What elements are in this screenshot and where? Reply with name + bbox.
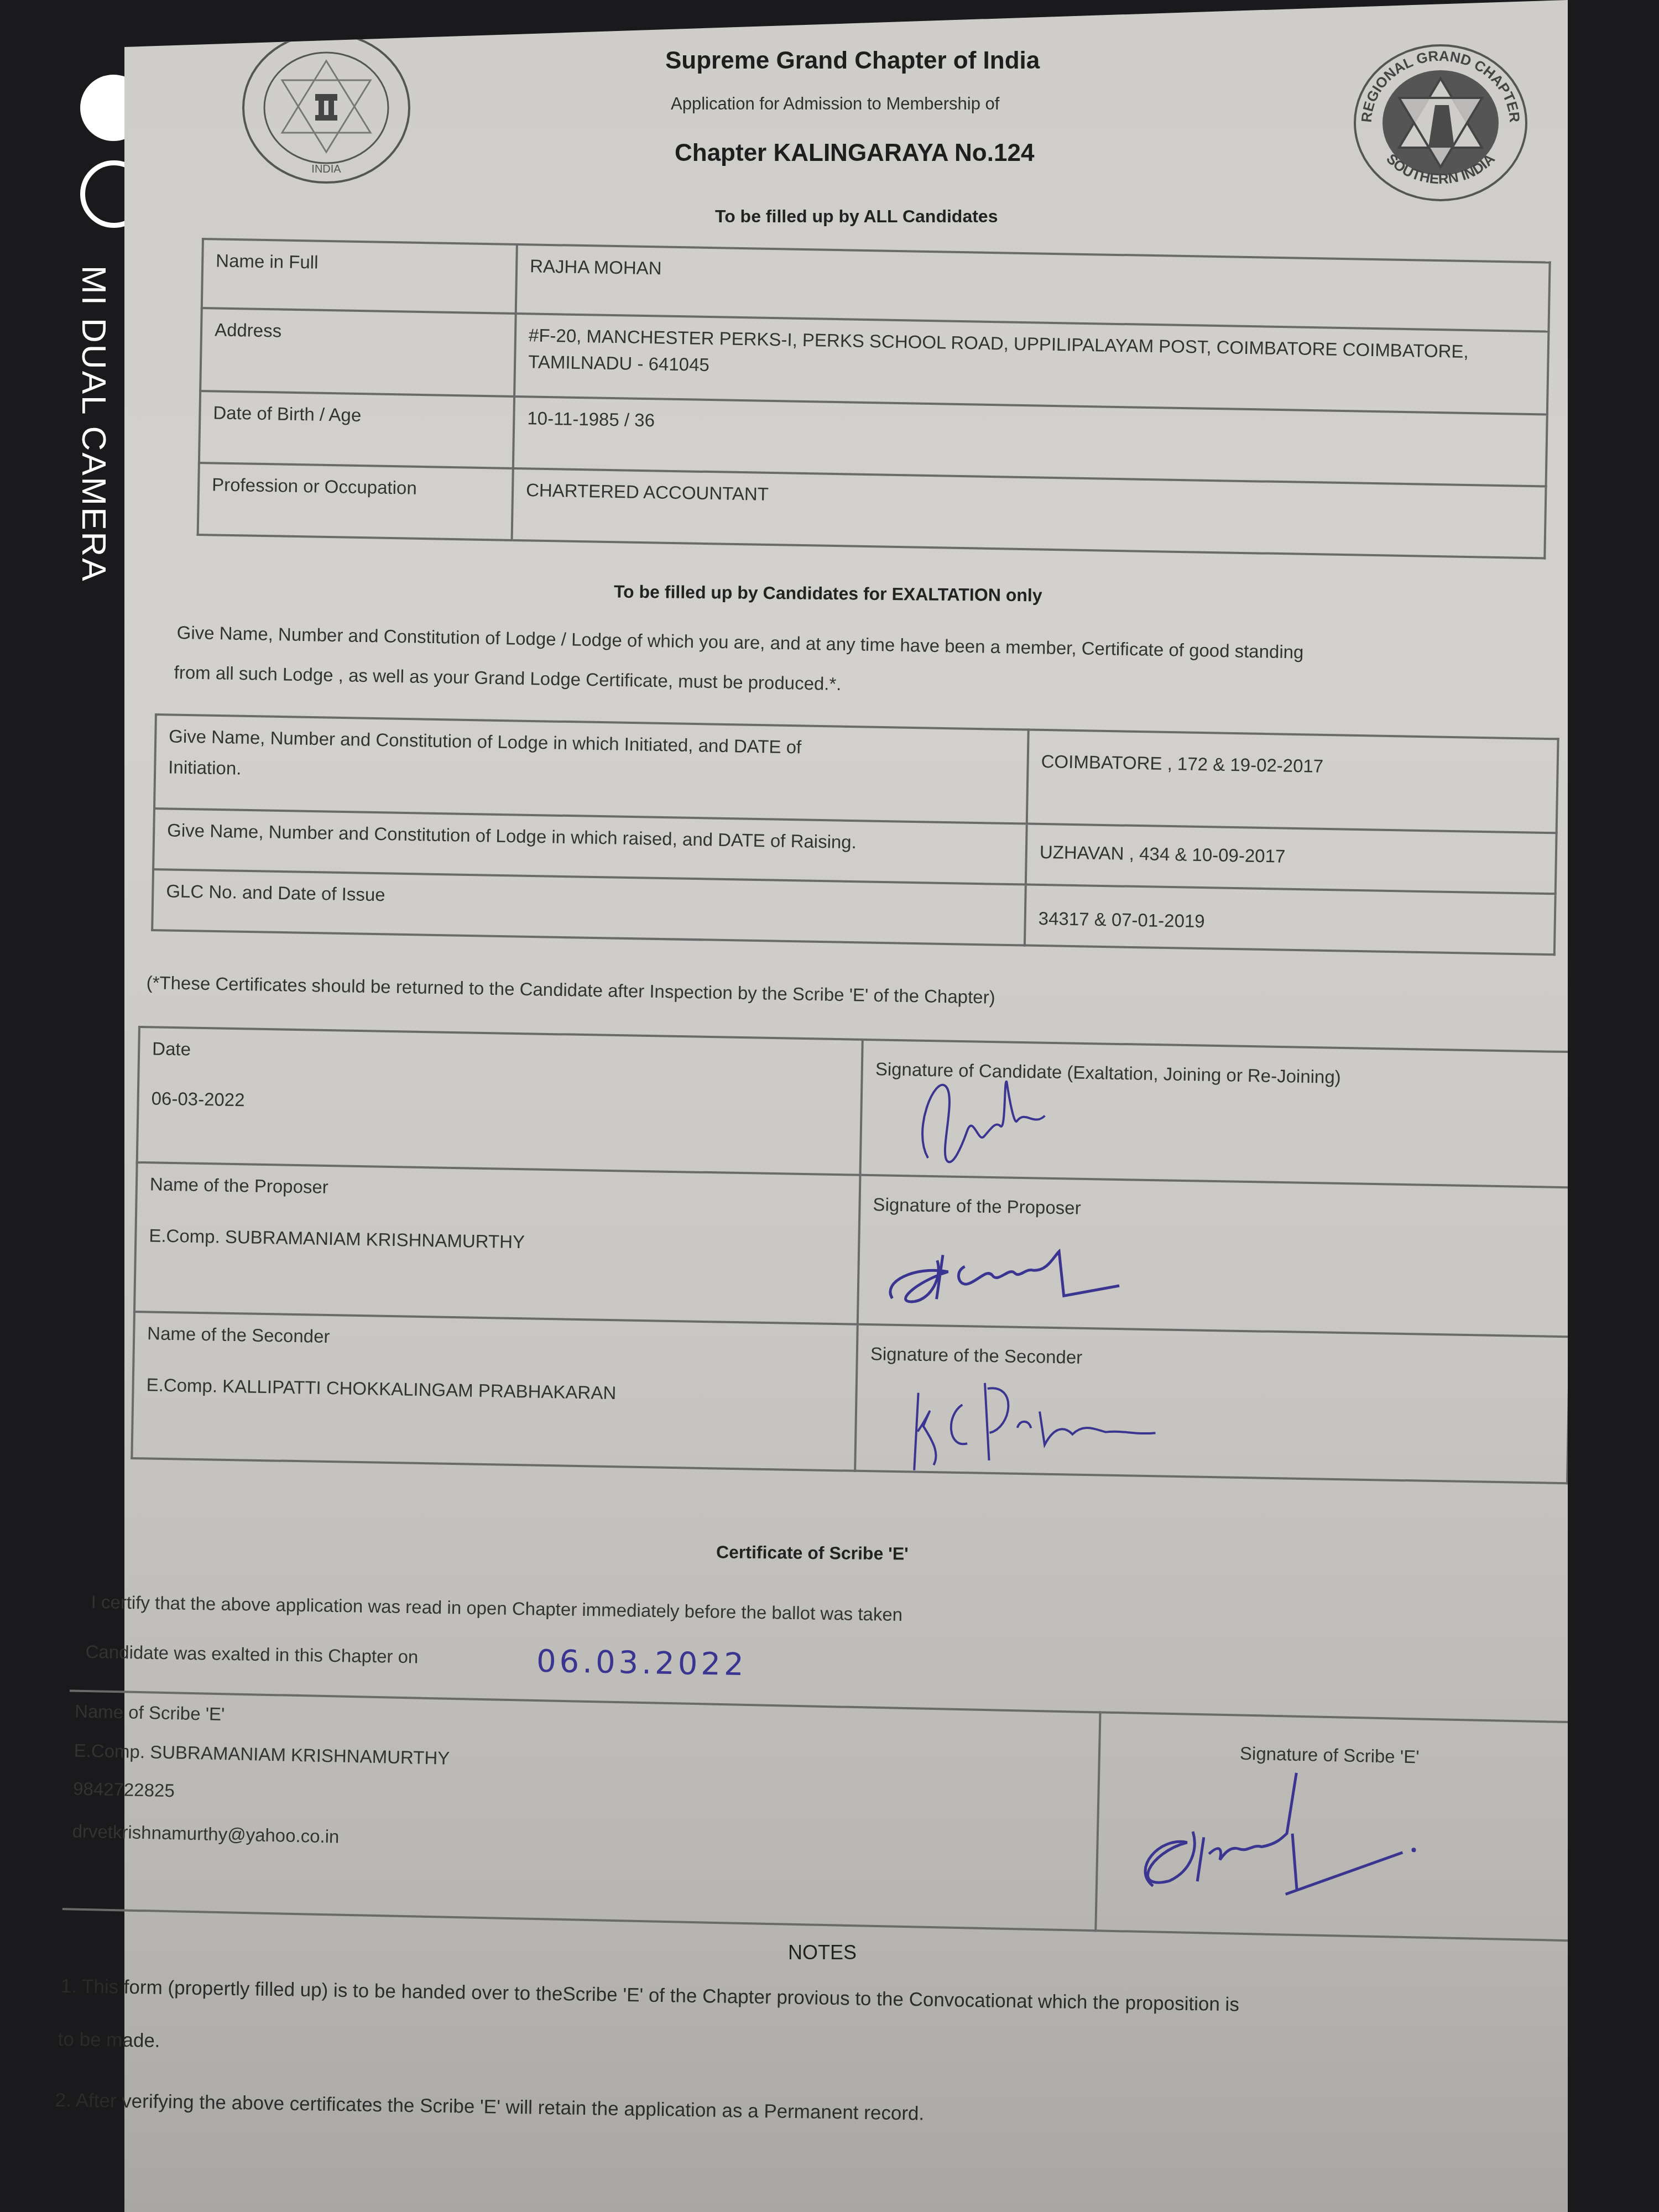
candidate-signature-cell[interactable]: Signature of Candidate (Exaltation, Join… (860, 1040, 1574, 1187)
table-row: Name of the Seconder E.Comp. KALLIPATTI … (132, 1312, 1569, 1483)
proposer-label: Name of the Proposer (150, 1173, 847, 1207)
initiation-label-line-1: Give Name, Number and Constitution of Lo… (169, 726, 1015, 761)
notes-heading: NOTES (788, 1941, 857, 1964)
note-1-line-2: to be made. (58, 2028, 160, 2052)
seconder-cell: Name of the Seconder E.Comp. KALLIPATTI … (132, 1312, 857, 1471)
svg-text:INDIA: INDIA (311, 163, 341, 175)
note-1-line-1: 1. This form (propertly filled up) is to… (60, 1975, 1239, 2016)
scribe-name[interactable]: E.Comp. SUBRAMANIAM KRISHNAMURTHY (74, 1741, 1086, 1781)
page-title: Supreme Grand Chapter of India (665, 47, 1040, 75)
section-heading-all-candidates: To be filled up by ALL Candidates (715, 206, 998, 227)
page-subtitle: Application for Admission to Membership … (671, 94, 999, 114)
table-row: Name of Scribe 'E' E.Comp. SUBRAMANIAM K… (58, 1691, 1600, 1941)
glc-value[interactable]: 34317 & 07-01-2019 (1025, 885, 1556, 955)
exalted-date-label: Candidate was exalted in this Chapter on (85, 1641, 418, 1667)
signatures-table: Date 06-03-2022 Signature of Candidate (… (131, 1026, 1575, 1484)
scribe-details-table: Name of Scribe 'E' E.Comp. SUBRAMANIAM K… (56, 1689, 1601, 1942)
scribe-name-label: Name of Scribe 'E' (75, 1702, 1087, 1741)
date-label: Date (152, 1038, 849, 1071)
scribe-phone[interactable]: 9842722825 (73, 1780, 1085, 1819)
proposer-signature-icon (881, 1215, 1259, 1322)
exalted-date-handwritten[interactable]: 06.03.2022 (536, 1644, 747, 1683)
exaltation-instruction-line-2: from all such Lodge , as well as your Gr… (174, 662, 841, 695)
proposer-signature-cell[interactable]: Signature of the Proposer (858, 1175, 1573, 1337)
table-row: Name of the Proposer E.Comp. SUBRAMANIAM… (134, 1162, 1572, 1337)
section-heading-exaltation: To be filled up by Candidates for EXALTA… (614, 582, 1042, 606)
seconder-signature-cell[interactable]: Signature of the Seconder (855, 1324, 1569, 1483)
scribe-certificate-heading: Certificate of Scribe 'E' (716, 1542, 909, 1564)
camera-watermark-camera: MI DUAL CAMERA (74, 265, 113, 583)
scribe-signature-cell[interactable]: Signature of Scribe 'E' (1095, 1712, 1599, 1941)
initiation-label-line-2: Initiation. (168, 757, 1014, 792)
initiation-label: Give Name, Number and Constitution of Lo… (154, 714, 1029, 824)
date-cell: Date 06-03-2022 (137, 1027, 863, 1175)
seconder-label: Name of the Seconder (147, 1323, 844, 1356)
proposer-cell: Name of the Proposer E.Comp. SUBRAMANIAM… (134, 1162, 860, 1324)
lodge-details-table: Give Name, Number and Constitution of Lo… (151, 713, 1559, 956)
regional-grand-chapter-seal-icon: REGIONAL GRAND CHAPTER SOUTHERN INDIA (1347, 40, 1535, 206)
chapter-name: Chapter KALINGARAYA No.124 (675, 139, 1034, 167)
certificates-footnote: (*These Certificates should be returned … (146, 972, 995, 1008)
name-label: Name in Full (202, 239, 517, 314)
profession-label: Profession or Occupation (198, 463, 513, 540)
table-row: Date 06-03-2022 Signature of Candidate (… (137, 1027, 1575, 1187)
raising-value[interactable]: UZHAVAN , 434 & 10-09-2017 (1026, 824, 1557, 894)
address-label: Address (200, 308, 516, 397)
seconder-name[interactable]: E.Comp. KALLIPATTI CHOKKALINGAM PRABHAKA… (146, 1374, 843, 1407)
exaltation-instruction-line-1: Give Name, Number and Constitution of Lo… (176, 622, 1303, 663)
dob-label: Date of Birth / Age (199, 391, 514, 468)
initiation-value[interactable]: COIMBATORE , 172 & 19-02-2017 (1027, 730, 1558, 833)
proposer-name[interactable]: E.Comp. SUBRAMANIAM KRISHNAMURTHY (149, 1225, 846, 1258)
scribe-email[interactable]: drvetkrishnamurthy@yahoo.co.in (72, 1822, 1084, 1861)
form-paper: INDIA REGIONAL GRAND CHAPTER SOUTHERN IN… (124, 0, 1568, 2212)
scribe-signature-icon (1114, 1725, 1505, 1910)
scribe-certificate-statement: I certify that the above application was… (91, 1592, 902, 1625)
candidate-signature-icon (906, 1063, 1107, 1177)
candidate-details-table: Name in Full RAJHA MOHAN Address #F-20, … (197, 238, 1551, 560)
note-2: 2. After verifying the above certificate… (55, 2089, 924, 2125)
supreme-grand-chapter-seal-icon: INDIA (238, 28, 415, 188)
scribe-details-cell: Name of Scribe 'E' E.Comp. SUBRAMANIAM K… (58, 1691, 1100, 1931)
seconder-signature-icon (900, 1365, 1256, 1481)
date-value[interactable]: 06-03-2022 (151, 1088, 848, 1121)
